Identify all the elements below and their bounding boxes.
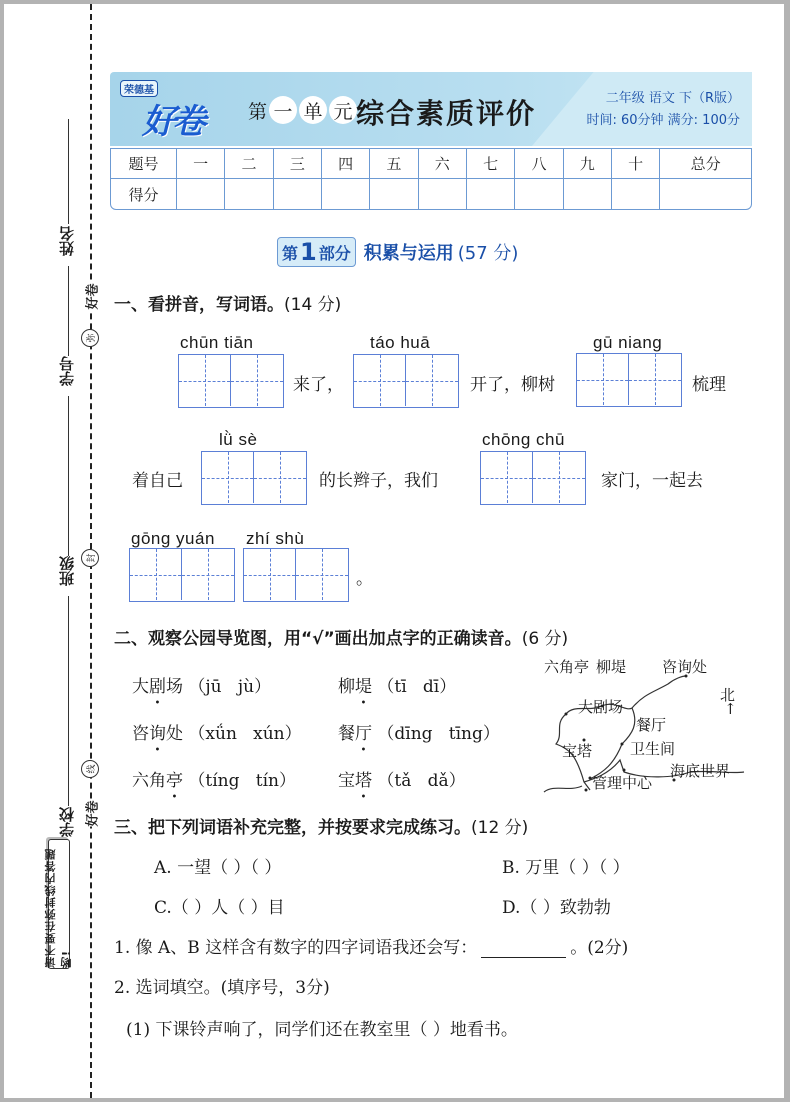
map-label: 大剧场 xyxy=(578,696,623,717)
word: 场 xyxy=(166,677,183,697)
col-header: 二 xyxy=(225,149,273,179)
sub1-text: 1. 像 A、B 这样含有数字的四字词语我还会写： xyxy=(114,938,477,958)
id-underline xyxy=(68,266,69,356)
score-cell[interactable] xyxy=(225,179,273,209)
unit-number: 一 xyxy=(269,96,297,124)
sentence-text: 。 xyxy=(356,564,373,589)
sentence-text: 的长辫子，我们 xyxy=(319,466,438,491)
pinyin-option[interactable]: dīng xyxy=(394,724,432,744)
pronunciation-item: 餐厅 （dīng tīng） xyxy=(338,719,500,744)
word: 处 xyxy=(166,724,183,744)
sub-question-1: 1. 像 A、B 这样含有数字的四字词语我还会写：。(2分) xyxy=(114,933,628,958)
map-label: 海底世界 xyxy=(670,760,730,781)
unit-prefix: 第 xyxy=(248,97,267,124)
badge-suffix: 部分 xyxy=(319,241,351,264)
idiom-option-d[interactable]: D.（ ）致勃勃 xyxy=(502,893,611,918)
dotted-char: 堤 xyxy=(355,677,372,697)
q3-heading: 三、把下列词语补充完整，并按要求完成练习。(12 分) xyxy=(114,813,528,838)
col-header: 八 xyxy=(515,149,563,179)
pinyin-option[interactable]: tíng xyxy=(205,771,239,791)
pronunciation-item: 大剧场 （jū jù） xyxy=(132,672,271,697)
pinyin-label: chōng chū xyxy=(482,430,565,450)
pinyin-label: gōng yuán xyxy=(131,529,215,549)
unit-suffix: 元 xyxy=(329,96,357,124)
unit-label: 第 一 单 元 xyxy=(248,96,357,124)
page-title: 综合素质评价 xyxy=(356,92,536,132)
grade-label: 二年级 语文 下（R版） xyxy=(586,88,740,110)
map-label: 咨询处 xyxy=(662,656,707,677)
seal-xian-icon: 线 xyxy=(81,760,99,778)
score-table: 题号 一 二 三 四 五 六 七 八 九 十 总分 得分 xyxy=(110,148,752,210)
grade-info: 二年级 语文 下（R版） 时间: 60分钟 满分: 100分 xyxy=(586,88,740,132)
row-label: 题号 xyxy=(111,149,177,179)
q3-text: 三、把下列词语补充完整，并按要求完成练习。 xyxy=(114,818,471,838)
col-header: 一 xyxy=(177,149,225,179)
dotted-char: 厅 xyxy=(355,724,372,744)
idiom-option-a[interactable]: A. 一望（ ）（ ） xyxy=(154,853,281,878)
pronunciation-item: 咨询处 （xǘn xún） xyxy=(132,719,302,744)
map-label: 餐厅 xyxy=(636,714,666,735)
dotted-char: 塔 xyxy=(355,771,372,791)
word: 六角 xyxy=(132,771,166,791)
sub1-points: 。(2分) xyxy=(570,938,628,958)
score-cell[interactable] xyxy=(419,179,467,209)
q3-points: (12 分) xyxy=(471,818,528,838)
pinyin-option[interactable]: tī xyxy=(394,677,406,697)
pinyin-option[interactable]: jù xyxy=(238,677,254,697)
name-underline xyxy=(68,119,69,224)
writing-grid[interactable] xyxy=(178,354,284,408)
name-label: 姓名 xyxy=(56,226,77,256)
col-header: 总分 xyxy=(660,149,751,179)
sentence-text: 家门，一起去 xyxy=(601,466,703,491)
word: 餐 xyxy=(338,724,355,744)
map-label: 管理中心 xyxy=(592,772,652,793)
word: 宝 xyxy=(338,771,355,791)
north-arrow-icon: ↑ xyxy=(724,700,737,718)
exam-page: 姓名 学号 班级 学校 好卷 弥 封 线 好卷 请不要在弥封线内答题哟! 荣德基… xyxy=(4,4,784,1098)
writing-grid[interactable] xyxy=(129,548,235,602)
dotted-char: 询 xyxy=(149,724,166,744)
col-header: 九 xyxy=(564,149,612,179)
score-cell[interactable] xyxy=(612,179,660,209)
score-cell[interactable] xyxy=(322,179,370,209)
warning-box: 请不要在弥封线内答题哟! xyxy=(48,839,70,969)
score-cell[interactable] xyxy=(274,179,322,209)
writing-grid[interactable] xyxy=(576,353,682,407)
col-header: 七 xyxy=(467,149,515,179)
score-header-row: 题号 一 二 三 四 五 六 七 八 九 十 总分 xyxy=(111,149,751,179)
word: 柳 xyxy=(338,677,355,697)
pinyin-label: gū niang xyxy=(593,333,662,353)
pronunciation-item: 柳堤 （tī dī） xyxy=(338,672,456,697)
score-cell[interactable] xyxy=(660,179,751,209)
seal-feng-icon: 封 xyxy=(81,549,99,567)
pinyin-option[interactable]: dǎ xyxy=(428,771,449,791)
pinyin-option[interactable]: dī xyxy=(423,677,439,697)
dotted-char: 亭 xyxy=(166,771,183,791)
col-header: 五 xyxy=(370,149,418,179)
pinyin-label: táo huā xyxy=(370,333,430,353)
q1-points: (14 分) xyxy=(284,295,341,315)
pronunciation-item: 六角亭 （tíng tín） xyxy=(132,766,296,791)
pinyin-option[interactable]: xún xyxy=(253,724,285,744)
score-value-row: 得分 xyxy=(111,179,751,209)
part-title: 第 1 部分 积累与运用 (57 分) xyxy=(277,237,518,267)
class-underline xyxy=(68,396,69,556)
map-label: 宝塔 xyxy=(562,740,592,761)
time-info: 时间: 60分钟 满分: 100分 xyxy=(586,110,740,132)
pinyin-option[interactable]: jū xyxy=(205,677,221,697)
map-label: 柳堤 xyxy=(596,656,626,677)
answer-blank[interactable] xyxy=(481,942,566,958)
badge-prefix: 第 xyxy=(282,241,298,264)
score-cell[interactable] xyxy=(177,179,225,209)
seal-mi-icon: 弥 xyxy=(81,329,99,347)
pinyin-option[interactable]: tīng xyxy=(449,724,483,744)
score-cell[interactable] xyxy=(370,179,418,209)
id-label: 学号 xyxy=(56,356,77,386)
pinyin-label: lǜ sè xyxy=(219,430,257,450)
unit-char: 单 xyxy=(299,96,327,124)
writing-grid[interactable] xyxy=(353,354,459,408)
part-badge: 第 1 部分 xyxy=(277,237,356,267)
brand-logo: 好卷 xyxy=(142,94,202,143)
idiom-option-c[interactable]: C.（ ）人（ ）目 xyxy=(154,893,285,918)
score-cell[interactable] xyxy=(467,179,515,209)
part-name: 积累与运用 xyxy=(364,239,454,265)
badge-number: 1 xyxy=(300,238,317,266)
col-header: 六 xyxy=(419,149,467,179)
haojuan-mark-icon: 好卷 xyxy=(82,283,101,309)
pronunciation-item: 宝塔 （tǎ dǎ） xyxy=(338,766,466,791)
park-map: 六角亭 柳堤 咨询处 大剧场 餐厅 卫生间 宝塔 管理中心 海底世界 北 ↑ xyxy=(514,654,754,799)
pinyin-label: zhí shù xyxy=(246,529,304,549)
sentence-text: 着自己 xyxy=(132,466,183,491)
q2-text: 二、观察公园导览图，用“√”画出加点字的正确读音。 xyxy=(114,629,522,649)
row-label: 得分 xyxy=(111,179,177,209)
class-label: 班级 xyxy=(56,556,77,586)
school-underline xyxy=(68,596,69,806)
pinyin-option[interactable]: tín xyxy=(256,771,279,791)
map-label: 六角亭 xyxy=(544,656,589,677)
pinyin-option[interactable]: xǘn xyxy=(205,724,237,744)
part-points: (57 分) xyxy=(458,239,519,265)
word: 咨 xyxy=(132,724,149,744)
sentence-text: 梳理 xyxy=(692,370,726,395)
map-label: 卫生间 xyxy=(630,738,675,759)
sub-question-2: 2. 选词填空。(填序号，3分) xyxy=(114,973,330,998)
q1-heading: 一、看拼音，写词语。(14 分) xyxy=(114,290,341,315)
haojuan-mark-icon: 好卷 xyxy=(82,800,101,826)
writing-grid[interactable] xyxy=(243,548,349,602)
school-label: 学校 xyxy=(56,807,77,837)
writing-grid[interactable] xyxy=(201,451,307,505)
q1-text: 一、看拼音，写词语。 xyxy=(114,295,284,315)
col-header: 三 xyxy=(274,149,322,179)
sentence-text: 开了，柳树 xyxy=(470,370,555,395)
header-banner: 荣德基 好卷 第 一 单 元 综合素质评价 二年级 语文 下（R版） 时间: 6… xyxy=(110,72,752,146)
q2-heading: 二、观察公园导览图，用“√”画出加点字的正确读音。(6 分) xyxy=(114,624,568,649)
score-cell[interactable] xyxy=(515,179,563,209)
idiom-option-b[interactable]: B. 万里（ ）（ ） xyxy=(502,853,630,878)
pinyin-label: chūn tiān xyxy=(180,333,254,353)
score-cell[interactable] xyxy=(564,179,612,209)
dotted-char: 剧 xyxy=(149,677,166,697)
col-header: 十 xyxy=(612,149,660,179)
fill-in-sentence[interactable]: (1) 下课铃声响了，同学们还在教室里（ ）地看书。 xyxy=(126,1015,518,1040)
sentence-text: 来了， xyxy=(293,370,344,395)
writing-grid[interactable] xyxy=(480,451,586,505)
word: 大 xyxy=(132,677,149,697)
q2-points: (6 分) xyxy=(522,629,568,649)
pinyin-option[interactable]: tǎ xyxy=(394,771,411,791)
col-header: 四 xyxy=(322,149,370,179)
